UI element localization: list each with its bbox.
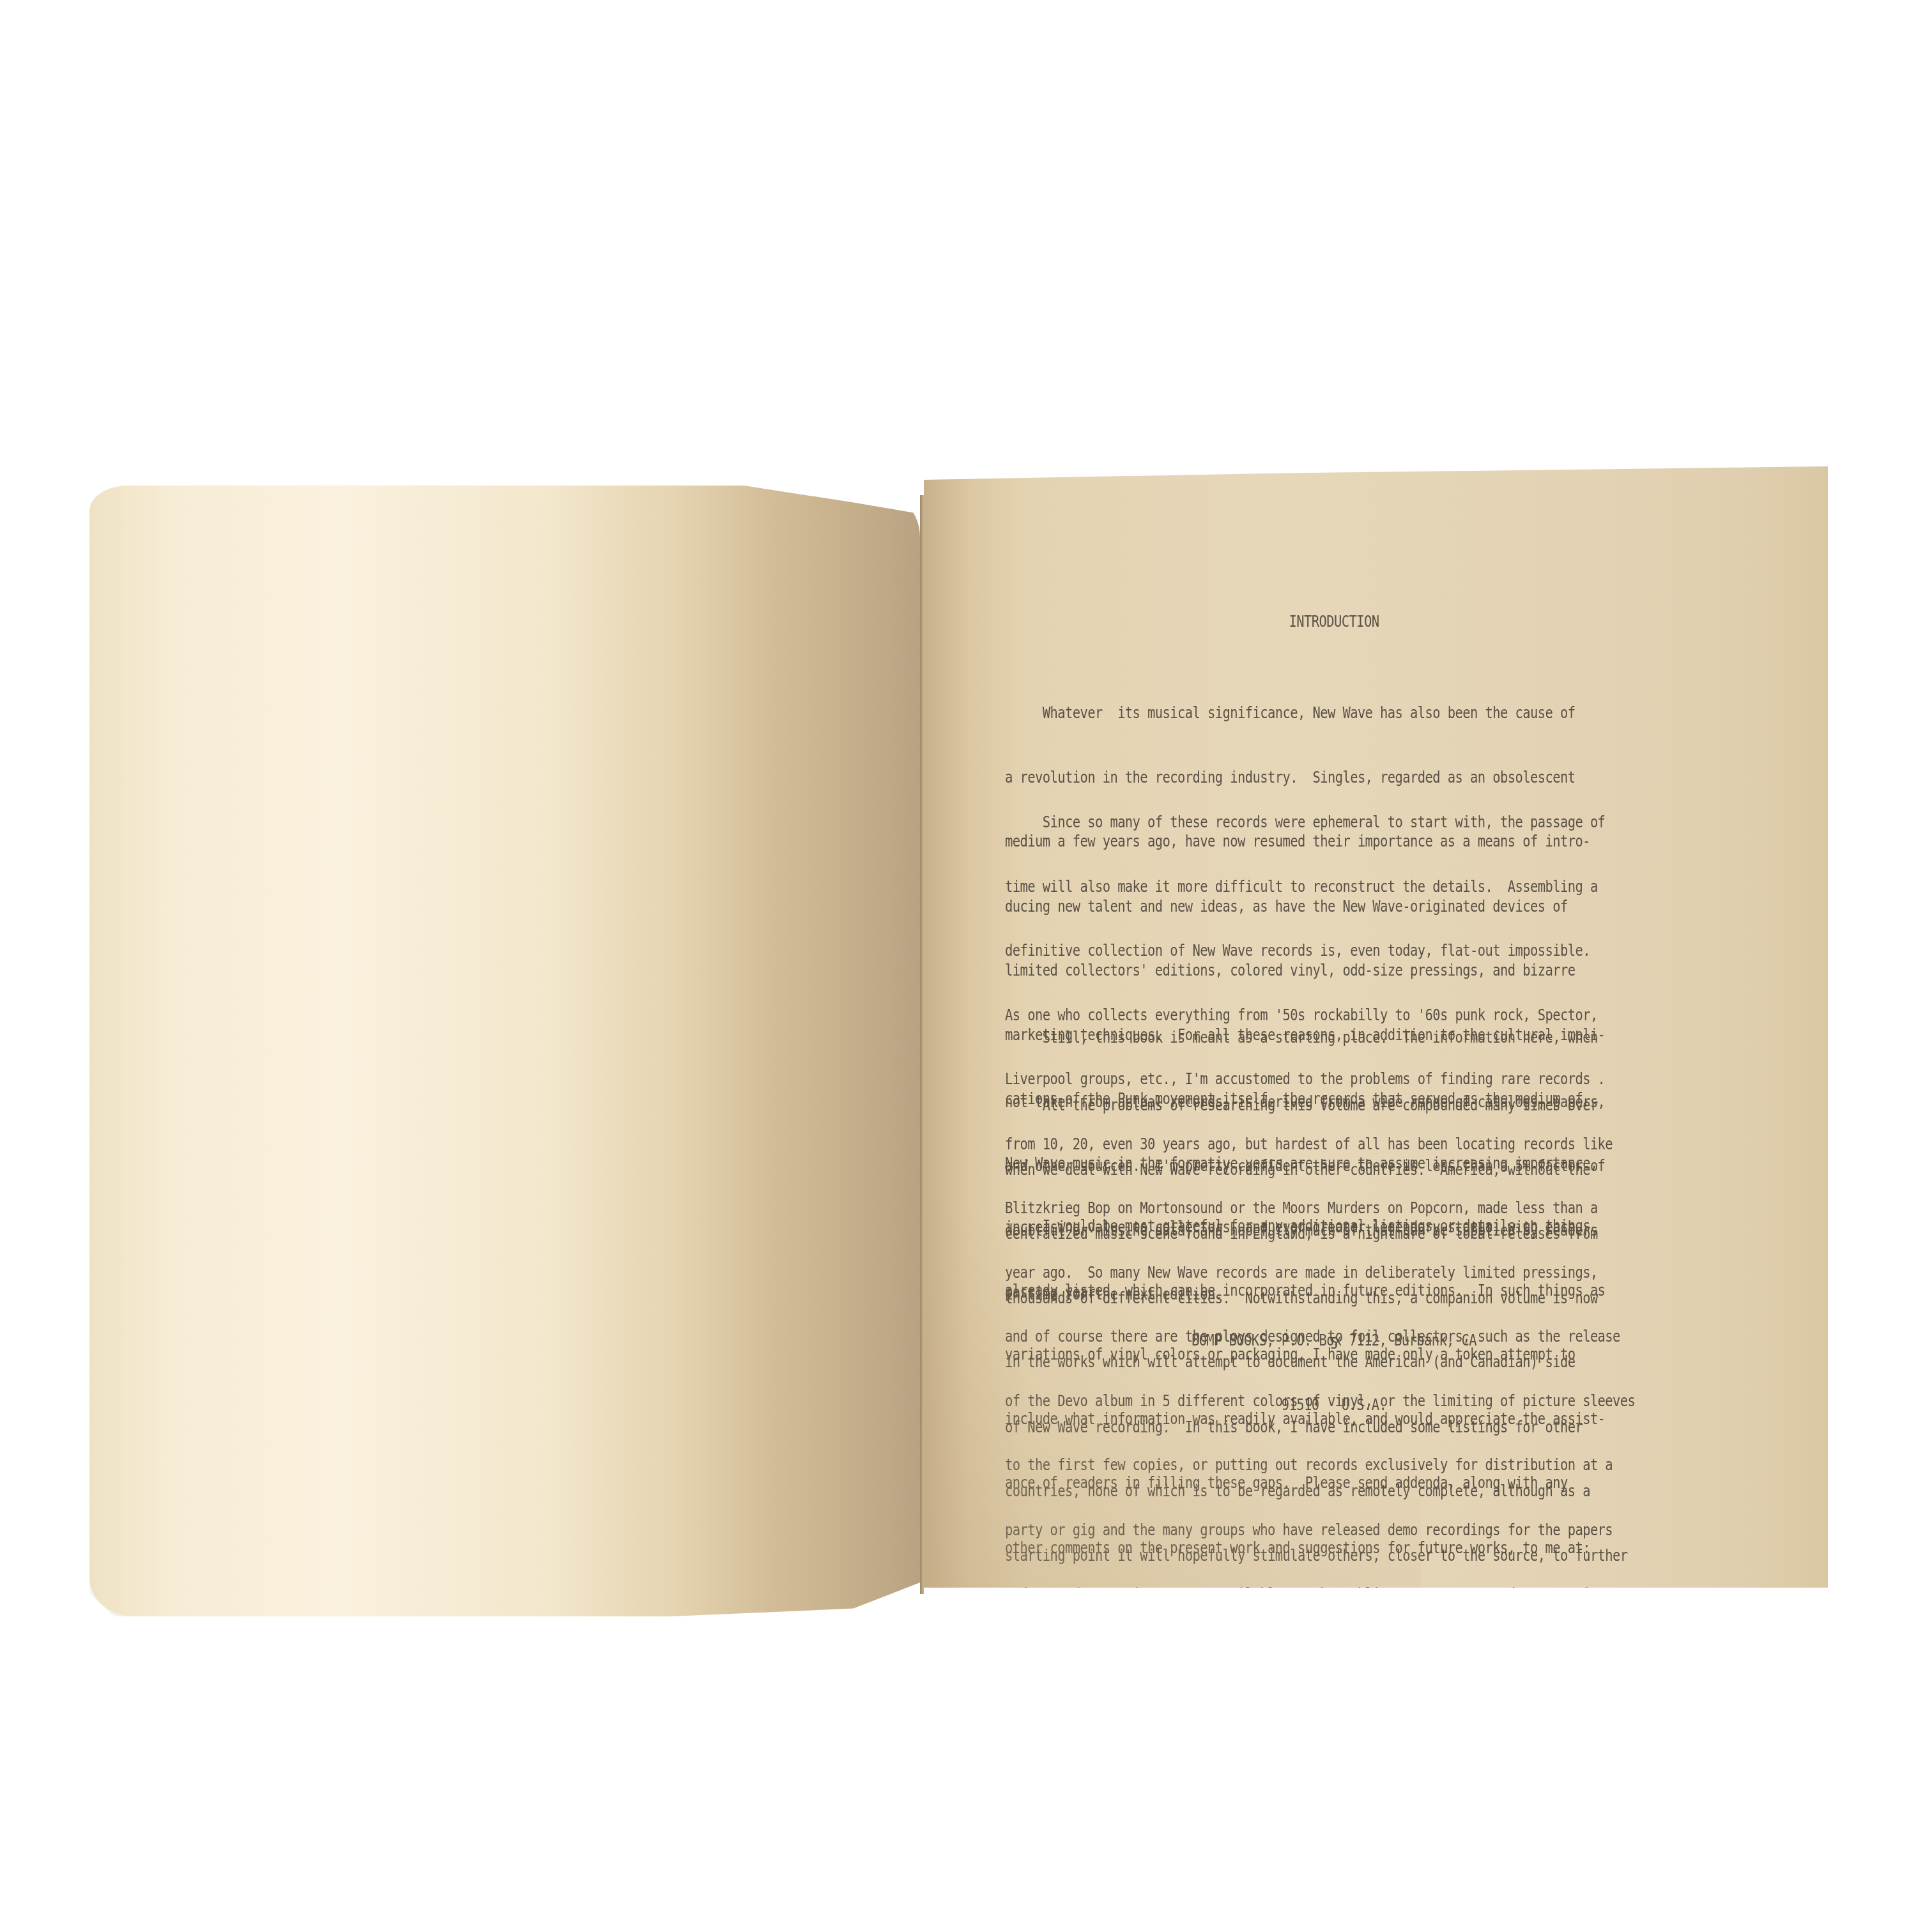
right-page: INTRODUCTION Whatever its musical signif… [924,466,1828,1588]
text-line: Since so many of these records were ephe… [1005,811,1635,833]
page-number: 5 [1005,1333,1663,1355]
text-line: them all is impossible, and simply docum… [1005,1648,1635,1669]
text-line: Whatever its musical significance, New W… [1005,703,1605,724]
text-line: time will also make it more difficult to… [1005,876,1635,898]
text-line: definitive collection of New Wave record… [1005,940,1635,962]
open-booklet: INTRODUCTION Whatever its musical signif… [0,0,1932,1932]
mailing-address: BOMP BOOKS, P.O. Box 7112, Burbank, CA 9… [1005,1287,1663,1459]
text-line: All the problems of researching this vol… [1005,1094,1628,1116]
text-line: I would be most grateful for any additio… [1005,1215,1605,1237]
address-line-2: 91510 U.S.A. [1005,1394,1663,1416]
left-page-blank [89,486,920,1616]
page-title: INTRODUCTION [1005,611,1663,633]
book-spine [920,495,924,1594]
text-line: research. [1005,1609,1628,1631]
text-line: ance of readers in filling these gaps. P… [1005,1473,1605,1494]
text-line: Still, this book is meant as a starting … [1005,1027,1605,1048]
text-line: other comments on the present work and s… [1005,1537,1605,1559]
